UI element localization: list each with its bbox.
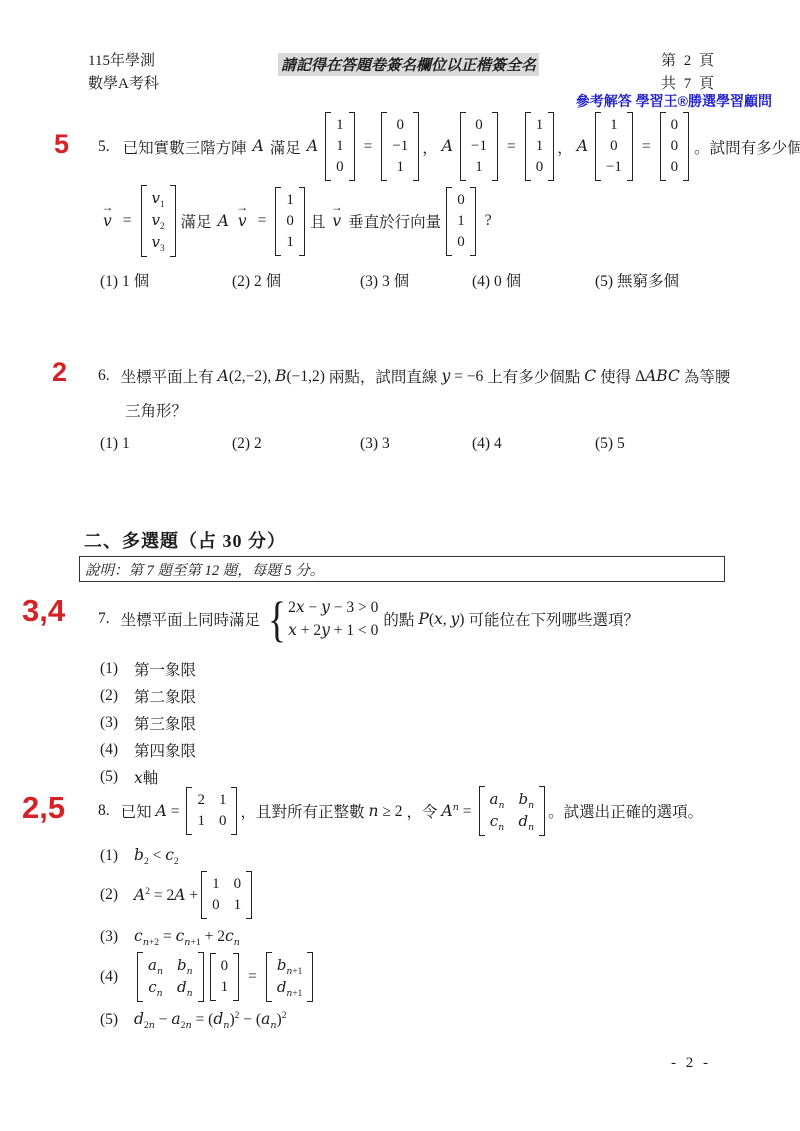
matrix: 1001 (201, 871, 252, 919)
option-number: (4) (100, 741, 134, 759)
option-text: 第二象限 (134, 685, 196, 707)
question-7: 7. 坐標平面上同時滿足 { 2x − y − 3 > 0 x + 2y + 1… (98, 594, 788, 790)
question-5-line-2: v = v1v2v3 滿足 A v = 101 且 v 垂直於行向量 010 ? (98, 185, 788, 257)
section-2-instruction-box: 說明：第 7 題至第 12 題，每題 5 分。 (79, 556, 725, 582)
matrix: anbncndn (479, 786, 546, 836)
page-number-footer: - 2 - (671, 1055, 711, 1072)
option-number: (3) (100, 928, 134, 946)
left-brace: { (268, 594, 286, 644)
question-number: 5. (98, 138, 110, 156)
option: (2) A2 = 2A + 1001 (100, 871, 788, 919)
option-text: 第三象限 (134, 712, 196, 734)
math-expression: A(2,−2), B(−1,2) (218, 367, 325, 386)
inequality-lines: 2x − y − 3 > 0 x + 2y + 1 < 0 (288, 596, 378, 642)
section-2-title: 二、多選題（占 30 分） (84, 527, 286, 553)
matrix: anbncndn (137, 952, 204, 1002)
option-number: (5) (100, 1011, 134, 1029)
matrix: 0−11 (381, 112, 419, 181)
question-text: 坐標平面上有 (121, 365, 214, 387)
question-8: 8. 已知 A = 2110 ，且對所有正整數 n ≥ 2 ，令 An = an… (98, 786, 788, 1029)
option-text: 第四象限 (134, 739, 196, 761)
math-variable: A (253, 137, 264, 156)
option: (3) 第三象限 (100, 709, 788, 736)
page-indicator: 第 2 頁 (661, 50, 716, 73)
option-number: (1) (100, 847, 134, 865)
option: (5) d2n − a2n = (dn)2 − (an)2 (100, 1010, 788, 1029)
question-5-options: (1) 1 個 (2) 2 個 (3) 3 個 (4) 0 個 (5) 無窮多個 (100, 269, 788, 291)
question-6-line-2: 三角形？ (125, 399, 788, 421)
option-text: x軸 (134, 766, 158, 788)
option: (3) 3 (360, 435, 472, 453)
question-text: 。試問有多少個行向量 (694, 136, 800, 158)
math-expression: An = (442, 802, 472, 821)
question-6-options: (1) 1 (2) 2 (3) 3 (4) 4 (5) 5 (100, 435, 788, 453)
option: (2) 第二象限 (100, 682, 788, 709)
vector-v: v (236, 212, 249, 231)
option: (4) 0 個 (472, 269, 595, 291)
answer-key-watermark: 參考解答 學習王®勝選學習顧問 (576, 91, 772, 111)
option: (5) 5 (595, 435, 625, 453)
answer-mark-q6: 2 (52, 359, 67, 386)
option-number: (2) (100, 886, 134, 904)
matrix: 01 (210, 953, 240, 1001)
option: (4) 4 (472, 435, 595, 453)
signature-notice: 請記得在答題卷簽名欄位以正楷簽全名 (278, 53, 539, 76)
exam-page: 115年學測 數學A考科 請記得在答題卷簽名欄位以正楷簽全名 第 2 頁 共 7… (0, 0, 800, 1131)
question-number: 7. (98, 610, 110, 628)
option-formula: d2n − a2n = (dn)2 − (an)2 (134, 1010, 287, 1029)
option-formula: b2 < c2 (134, 846, 179, 865)
math-variable: A (442, 137, 453, 156)
header-right: 第 2 頁 共 7 頁 (661, 50, 716, 96)
option-text: 第一象限 (134, 658, 196, 680)
equals-sign: = (248, 968, 257, 986)
exam-year: 115年學測 (88, 50, 159, 73)
question-text: 滿足 (181, 210, 212, 232)
math-variable: A (218, 212, 229, 231)
equals-sign: = (507, 138, 516, 156)
math-expression: ΔABC (635, 367, 680, 386)
question-text: 坐標平面上同時滿足 (121, 608, 261, 630)
option: (5) 無窮多個 (595, 269, 679, 291)
question-text: 已知 (121, 800, 152, 822)
math-variable: A (307, 137, 318, 156)
math-expression: y = −6 (441, 367, 483, 386)
option: (2) 2 個 (232, 269, 360, 291)
question-6-line-1: 6. 坐標平面上有 A(2,−2), B(−1,2) 兩點，試問直線 y = −… (98, 365, 788, 387)
header-left: 115年學測 數學A考科 (88, 50, 159, 96)
option-number: (4) (100, 968, 134, 986)
option: (3) cn+2 = cn+1 + 2cn (100, 927, 788, 946)
question-text: 滿足 (270, 136, 301, 158)
answer-mark-q5: 5 (54, 131, 69, 158)
question-text: 且 (310, 210, 326, 232)
question-text: 使得 (600, 365, 631, 387)
question-text: 已知實數三階方陣 (123, 136, 247, 158)
comma: ， (557, 136, 573, 158)
option: (1) 1 (100, 435, 232, 453)
option-number: (1) (100, 660, 134, 678)
math-expression: P(x, y) (418, 610, 464, 629)
matrix: 000 (660, 112, 690, 181)
matrix: 10−1 (595, 112, 633, 181)
question-6: 6. 坐標平面上有 A(2,−2), B(−1,2) 兩點，試問直線 y = −… (98, 365, 788, 453)
question-8-line-1: 8. 已知 A = 2110 ，且對所有正整數 n ≥ 2 ，令 An = an… (98, 786, 788, 836)
equals-sign: = (258, 212, 267, 230)
question-7-line-1: 7. 坐標平面上同時滿足 { 2x − y − 3 > 0 x + 2y + 1… (98, 594, 788, 644)
comma: ， (422, 136, 438, 158)
matrix: bn+1dn+1 (266, 952, 314, 1002)
math-expression: A = (156, 802, 180, 821)
inequality-system: { 2x − y − 3 > 0 x + 2y + 1 < 0 (265, 594, 378, 644)
question-text: 上有多少個點 (487, 365, 580, 387)
section-2-instruction: 說明：第 7 題至第 12 題，每題 5 分。 (80, 559, 324, 580)
question-text: 。試選出正確的選項。 (548, 800, 703, 822)
question-text: 的點 (383, 608, 414, 630)
matrix: v1v2v3 (141, 185, 176, 257)
option-formula: cn+2 = cn+1 + 2cn (134, 927, 240, 946)
answer-mark-q8: 2,5 (22, 792, 65, 823)
matrix: 2110 (186, 787, 237, 835)
question-number: 8. (98, 802, 110, 820)
option: (1) 1 個 (100, 269, 232, 291)
question-number: 6. (98, 367, 110, 385)
option-number: (2) (100, 687, 134, 705)
matrix: 110 (525, 112, 555, 181)
question-5: 5. 已知實數三階方陣 A 滿足 A 110 = 0−11 ， A 0−11 =… (98, 112, 788, 291)
inequality-1: 2x − y − 3 > 0 (288, 596, 378, 619)
option: (4) anbncndn 01 = bn+1dn+1 (100, 952, 788, 1002)
option: (2) 2 (232, 435, 360, 453)
question-text: ，令 (406, 800, 437, 822)
math-variable: A (577, 137, 588, 156)
matrix: 101 (275, 187, 305, 256)
question-text: ，且對所有正整數 (240, 800, 364, 822)
question-text: 為等腰 (684, 365, 731, 387)
option: (1) 第一象限 (100, 655, 788, 682)
option: (1) b2 < c2 (100, 846, 788, 865)
inequality-2: x + 2y + 1 < 0 (288, 619, 378, 642)
option-number: (5) (100, 768, 134, 786)
math-variable: C (584, 367, 596, 386)
question-text: 可能位在下列哪些選項？ (468, 608, 639, 630)
equals-sign: = (123, 212, 132, 230)
question-5-line-1: 5. 已知實數三階方陣 A 滿足 A 110 = 0−11 ， A 0−11 =… (98, 112, 788, 181)
matrix: 110 (325, 112, 355, 181)
answer-mark-q7: 3,4 (22, 595, 65, 626)
option-formula: A2 = 2A + (134, 886, 198, 905)
matrix: 010 (446, 187, 476, 256)
question-7-options: (1) 第一象限 (2) 第二象限 (3) 第三象限 (4) 第四象限 (5) … (100, 655, 788, 790)
vector-v: v (330, 212, 343, 231)
question-text: 垂直於行向量 (348, 210, 441, 232)
exam-subject: 數學A考科 (88, 73, 159, 96)
question-text: 兩點，試問直線 (329, 365, 438, 387)
option: (4) 第四象限 (100, 736, 788, 763)
equals-sign: = (364, 138, 373, 156)
option-number: (3) (100, 714, 134, 732)
equals-sign: = (642, 138, 651, 156)
option: (3) 3 個 (360, 269, 472, 291)
math-expression: n ≥ 2 (368, 802, 402, 821)
vector-v: v (101, 212, 114, 231)
matrix: 0−11 (460, 112, 498, 181)
question-mark: ? (485, 212, 492, 230)
